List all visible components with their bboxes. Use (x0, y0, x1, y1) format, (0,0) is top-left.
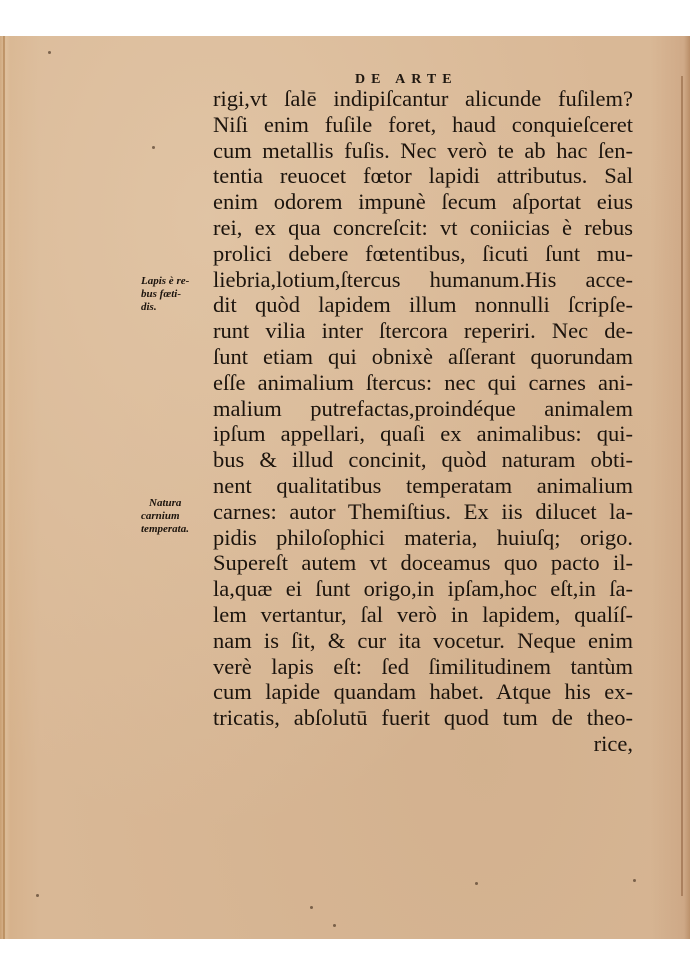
paper-speck (36, 894, 39, 897)
text-line: nent qualitatibus temperatam animalium (213, 473, 633, 499)
text-line: prolici debere fœtentibus, ſicuti ſunt m… (213, 241, 633, 267)
margin-note-line: carnium (141, 510, 189, 523)
text-line: bus & illud concinit, quòd naturam obti- (213, 447, 633, 473)
margin-note-natura: Natura carnium temperata. (141, 497, 189, 536)
margin-note-line: Natura (141, 497, 189, 510)
text-line: Niſi enim fuſile foret, haud conquieſcer… (213, 112, 633, 138)
margin-note-lapis: Lapis è re- bus fœti- dis. (141, 275, 189, 314)
text-line: malium putrefactas,proindéque animalem (213, 396, 633, 422)
paper-speck (475, 882, 478, 885)
text-line: ſunt etiam qui obnixè aſſerant quorundam (213, 344, 633, 370)
margin-note-line: dis. (141, 301, 189, 314)
paper-speck (633, 879, 636, 882)
text-line: cum metallis fuſis. Nec verò te ab hac ſ… (213, 138, 633, 164)
text-line: nam is ſit, & cur ita vocetur. Neque eni… (213, 628, 633, 654)
text-line: rigi,vt ſalē indipiſcantur alicunde fuſi… (213, 86, 633, 112)
text-line: pidis philoſophici materia, huiuſq; orig… (213, 525, 633, 551)
text-line: verè lapis eſt: ſed ſimilitudinem tantùm (213, 654, 633, 680)
text-line: Supereſt autem vt doceamus quo pacto il- (213, 550, 633, 576)
body-text: rigi,vt ſalē indipiſcantur alicunde fuſi… (213, 86, 633, 757)
text-line: enim odorem impunè ſecum aſportat eius (213, 189, 633, 215)
text-line: eſſe animalium ſtercus: nec qui carnes a… (213, 370, 633, 396)
text-line: dit quòd lapidem illum nonnulli ſcripſe- (213, 292, 633, 318)
page-left-edge (3, 36, 5, 939)
text-line: tricatis, abſolutū fuerit quod tum de th… (213, 705, 633, 731)
text-line: rei, ex qua concreſcit: vt coniicias è r… (213, 215, 633, 241)
text-line: lem vertantur, ſal verò in lapidem, qual… (213, 602, 633, 628)
margin-note-line: bus fœti- (141, 288, 189, 301)
page-right-edge (681, 76, 683, 896)
text-line: carnes: autor Themiſtius. Ex iis dilucet… (213, 499, 633, 525)
catchword: rice, (213, 731, 633, 757)
text-line: ipſum appellari, quaſi ex animalibus: qu… (213, 421, 633, 447)
text-line: liebria,lotium,ſtercus humanum.His acce- (213, 267, 633, 293)
text-line: tentia reuocet fœtor lapidi attributus. … (213, 163, 633, 189)
paper-speck (48, 51, 51, 54)
text-line: runt vilia inter ſtercora reperiri. Nec … (213, 318, 633, 344)
paper-speck (333, 924, 336, 927)
paper-speck (152, 146, 155, 149)
text-line: cum lapide quandam habet. Atque his ex- (213, 679, 633, 705)
paper-speck (310, 906, 313, 909)
margin-note-line: Lapis è re- (141, 275, 189, 288)
margin-note-line: temperata. (141, 523, 189, 536)
text-line: la,quæ ei ſunt origo,in ipſam,hoc eſt,in… (213, 576, 633, 602)
